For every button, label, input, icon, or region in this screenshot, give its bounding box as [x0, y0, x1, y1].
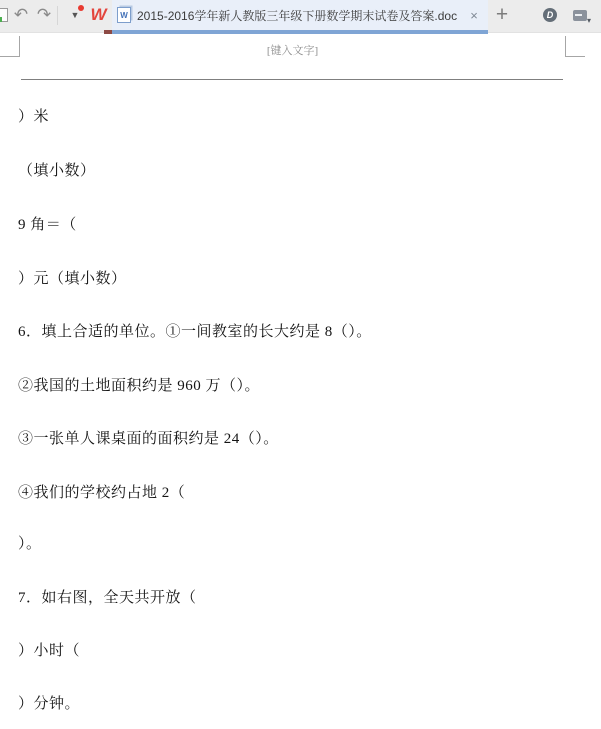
save-icon-glyph: [0, 8, 8, 22]
docer-icon-letter: D: [547, 10, 554, 20]
doc-line: 6．填上合适的单位。①一间教室的长大约是 8（）。: [18, 324, 372, 341]
tab-bar: ↶ ↷ ▼ W W 2015-2016学年新人教版三年级下册数学期末试卷及答案.…: [0, 0, 601, 33]
toolbar-dropdown-button[interactable]: ▼: [64, 0, 86, 30]
doc-line: 9 角＝（: [18, 217, 77, 234]
doc-line: 7．如右图，全天共开放（: [18, 590, 197, 607]
document-page: [键入文字] ）米 （填小数） 9 角＝（ ）元（填小数） 6．填上合适的单位。…: [0, 34, 601, 729]
doc-line: ）。: [18, 536, 42, 553]
tab-title: 2015-2016学年新人教版三年级下册数学期末试卷及答案.doc: [137, 7, 464, 24]
redo-icon: ↷: [37, 5, 51, 25]
margin-cropmark-right: [565, 36, 585, 57]
undo-button[interactable]: ↶: [10, 0, 32, 30]
doc-line: ）分钟。: [18, 696, 80, 713]
page-header-placeholder: [键入文字]: [20, 42, 565, 58]
redo-button[interactable]: ↷: [33, 0, 55, 30]
doc-line: ③一张单人课桌面的面积约是 24（）。: [18, 431, 279, 448]
new-tab-button[interactable]: +: [490, 0, 514, 30]
wps-window: ↶ ↷ ▼ W W 2015-2016学年新人教版三年级下册数学期末试卷及答案.…: [0, 0, 601, 729]
wps-logo-letter: W: [90, 5, 105, 25]
chevron-down-icon: ▾: [587, 16, 591, 25]
docer-button[interactable]: D: [539, 0, 561, 30]
doc-line: ②我国的土地面积约是 960 万（）。: [18, 378, 260, 395]
doc-line: ④我们的学校约占地 2（: [18, 485, 185, 502]
close-icon[interactable]: ×: [466, 8, 482, 23]
chevron-down-icon: ▼: [71, 10, 80, 20]
workspace-button[interactable]: ▾: [567, 0, 593, 30]
flag-icon: ▾: [573, 10, 587, 21]
header-rule: [21, 79, 563, 80]
document-tab[interactable]: W 2015-2016学年新人教版三年级下册数学期末试卷及答案.doc ×: [112, 0, 488, 30]
toolbar-separator: [57, 6, 58, 25]
wps-logo[interactable]: W: [86, 0, 110, 30]
word-document-icon-letter: W: [120, 11, 128, 20]
margin-cropmark-left: [0, 36, 20, 57]
notification-dot: [78, 5, 84, 11]
docer-icon: D: [543, 8, 557, 22]
plus-icon: +: [496, 3, 508, 27]
doc-line: ）米: [18, 109, 49, 126]
doc-line: ）小时（: [18, 643, 80, 660]
doc-line: ）元（填小数）: [18, 271, 127, 288]
doc-line: （填小数）: [18, 163, 96, 180]
word-document-icon: W: [117, 7, 131, 23]
undo-icon: ↶: [14, 5, 28, 25]
save-icon[interactable]: [0, 0, 10, 30]
